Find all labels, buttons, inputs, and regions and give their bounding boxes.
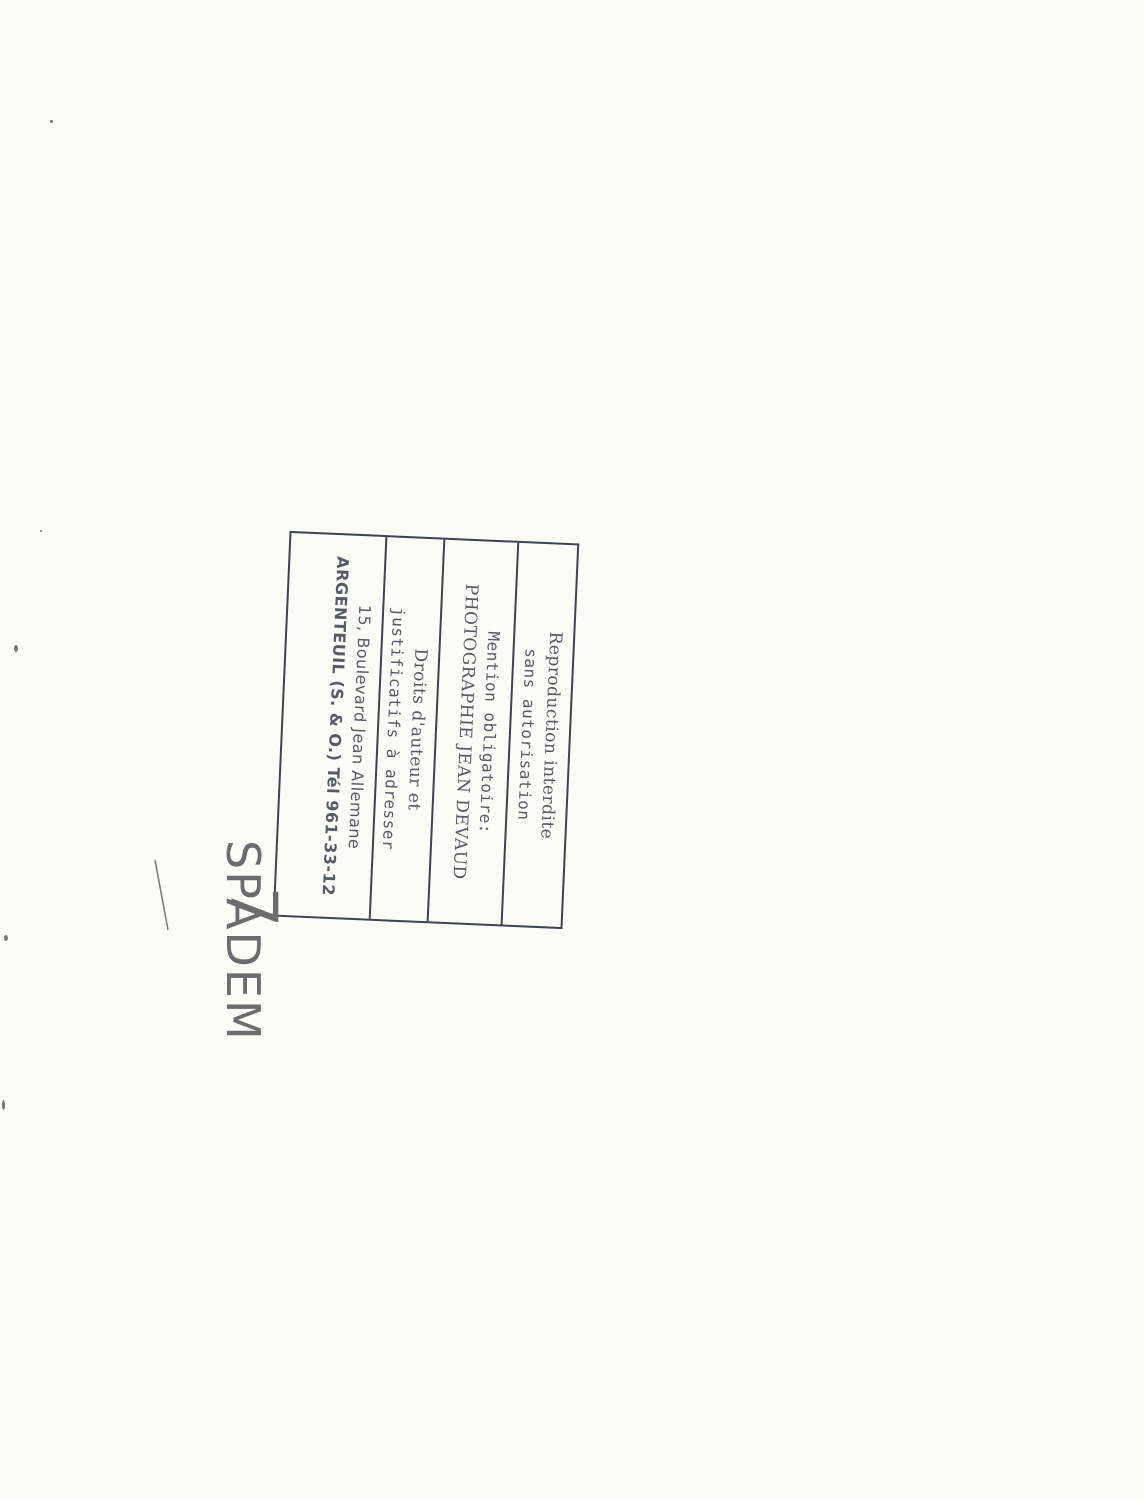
stamp-section-address: 15, Boulevard Jean Allemane ARGENTEUIL (… xyxy=(275,533,386,919)
paper-speck xyxy=(4,935,8,941)
paper-speck xyxy=(14,645,18,652)
handwritten-number: 7 xyxy=(215,887,289,928)
paper-speck xyxy=(2,1100,5,1110)
paper-speck xyxy=(50,120,53,123)
pencil-stroke xyxy=(150,855,180,935)
paper-speck xyxy=(40,530,42,532)
photographer-stamp: Reproduction interdite sans autorisation… xyxy=(227,577,625,884)
handwritten-spadem: SPADEM xyxy=(216,840,270,1042)
